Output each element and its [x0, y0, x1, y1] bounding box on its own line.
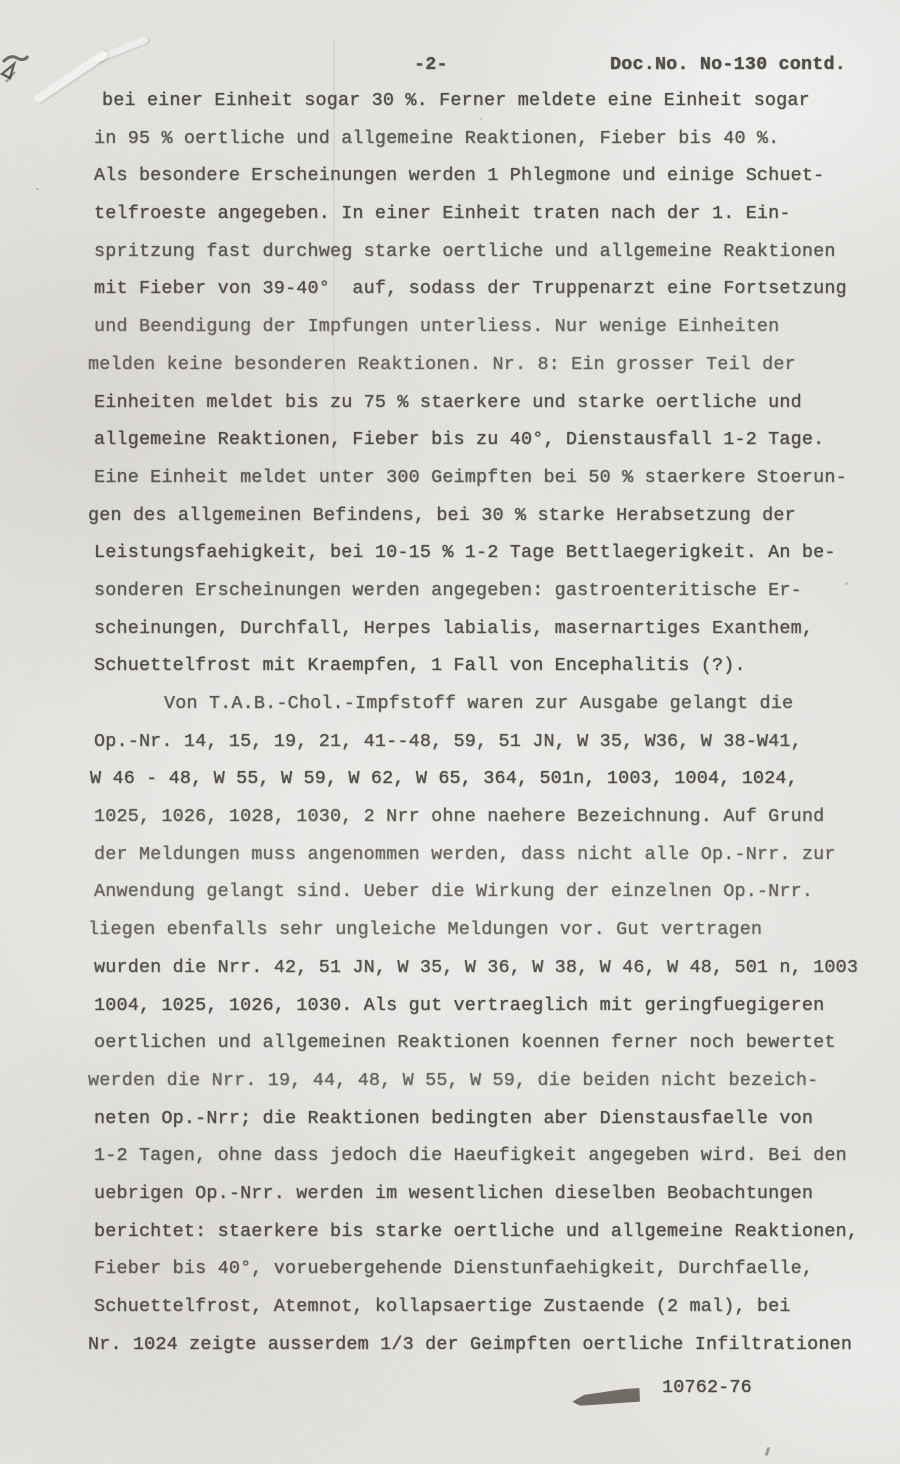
text-line: berichtet: staerkere bis starke oertlich… — [94, 1213, 900, 1251]
paper-speck — [845, 582, 848, 585]
doc-reference: Doc.No. No-130 contd. — [610, 54, 846, 75]
text-line: bei einer Einheit sogar 30 %. Ferner mel… — [102, 82, 900, 120]
text-line: Fieber bis 40°, voruebergehende Dienstun… — [94, 1250, 900, 1288]
text-line: allgemeine Reaktionen, Fieber bis zu 40°… — [94, 421, 900, 459]
text-line: Als besondere Erscheinungen werden 1 Phl… — [94, 157, 900, 195]
text-line: telfroeste angegeben. In einer Einheit t… — [94, 195, 900, 233]
text-line: gen des allgemeinen Befindens, bei 30 % … — [88, 497, 900, 535]
text-line: und Beendigung der Impfungen unterliess.… — [94, 308, 900, 346]
text-line: spritzung fast durchweg starke oertliche… — [94, 233, 900, 271]
text-line: werden die Nrr. 19, 44, 48, W 55, W 59, … — [88, 1062, 900, 1100]
text-line: Schuettelfrost mit Kraempfen, 1 Fall von… — [94, 647, 900, 685]
paper-crease — [333, 40, 335, 680]
text-line: scheinungen, Durchfall, Herpes labialis,… — [94, 610, 900, 648]
text-line: in 95 % oertliche und allgemeine Reaktio… — [94, 120, 900, 158]
text-line: Eine Einheit meldet unter 300 Geimpften … — [94, 459, 900, 497]
text-line: 1025, 1026, 1028, 1030, 2 Nrr ohne naehe… — [94, 798, 900, 836]
text-line: Einheiten meldet bis zu 75 % staerkere u… — [94, 384, 900, 422]
text-line: liegen ebenfalls sehr ungleiche Meldunge… — [88, 911, 900, 949]
text-line: Op.-Nr. 14, 15, 19, 21, 41--48, 59, 51 J… — [94, 723, 900, 761]
text-line: uebrigen Op.-Nrr. werden im wesentlichen… — [94, 1175, 900, 1213]
text-line: melden keine besonderen Reaktionen. Nr. … — [88, 346, 900, 384]
text-line: 1004, 1025, 1026, 1030. Als gut vertraeg… — [94, 987, 900, 1025]
text-line: Von T.A.B.-Chol.-Impfstoff waren zur Aus… — [94, 685, 900, 723]
text-line: wurden die Nrr. 42, 51 JN, W 35, W 36, W… — [94, 949, 900, 987]
text-line: sonderen Erscheinungen werden angegeben:… — [94, 572, 900, 610]
footer-stamp-number: 10762-76 — [662, 1377, 752, 1398]
text-line: Anwendung gelangt sind. Ueber die Wirkun… — [94, 873, 900, 911]
text-line: der Meldungen muss angenommen werden, da… — [94, 836, 900, 874]
paper-speck — [480, 118, 482, 120]
text-line: Leistungsfaehigkeit, bei 10-15 % 1-2 Tag… — [94, 534, 900, 572]
paper-speck — [36, 188, 39, 190]
page-number: -2- — [414, 54, 448, 75]
ink-smudge-mark — [572, 1388, 641, 1406]
text-line: oertlichen und allgemeinen Reaktionen ko… — [94, 1024, 900, 1062]
text-line: mit Fieber von 39-40° auf, sodass der Tr… — [94, 270, 900, 308]
document-body: bei einer Einheit sogar 30 %. Ferner mel… — [0, 82, 900, 1363]
text-line: Schuettelfrost, Atemnot, kollapsaertige … — [94, 1288, 900, 1326]
staple-scribble-mark — [0, 48, 40, 92]
text-line: neten Op.-Nrr; die Reaktionen bedingten … — [94, 1100, 900, 1138]
text-line: W 46 - 48, W 55, W 59, W 62, W 65, 364, … — [90, 760, 900, 798]
text-line: Nr. 1024 zeigte ausserdem 1/3 der Geimpf… — [88, 1326, 900, 1364]
paper-speck — [765, 1447, 771, 1456]
document-page: -2- Doc.No. No-130 contd. bei einer Einh… — [0, 0, 900, 1464]
text-line: 1-2 Tagen, ohne dass jedoch die Haeufigk… — [94, 1137, 900, 1175]
